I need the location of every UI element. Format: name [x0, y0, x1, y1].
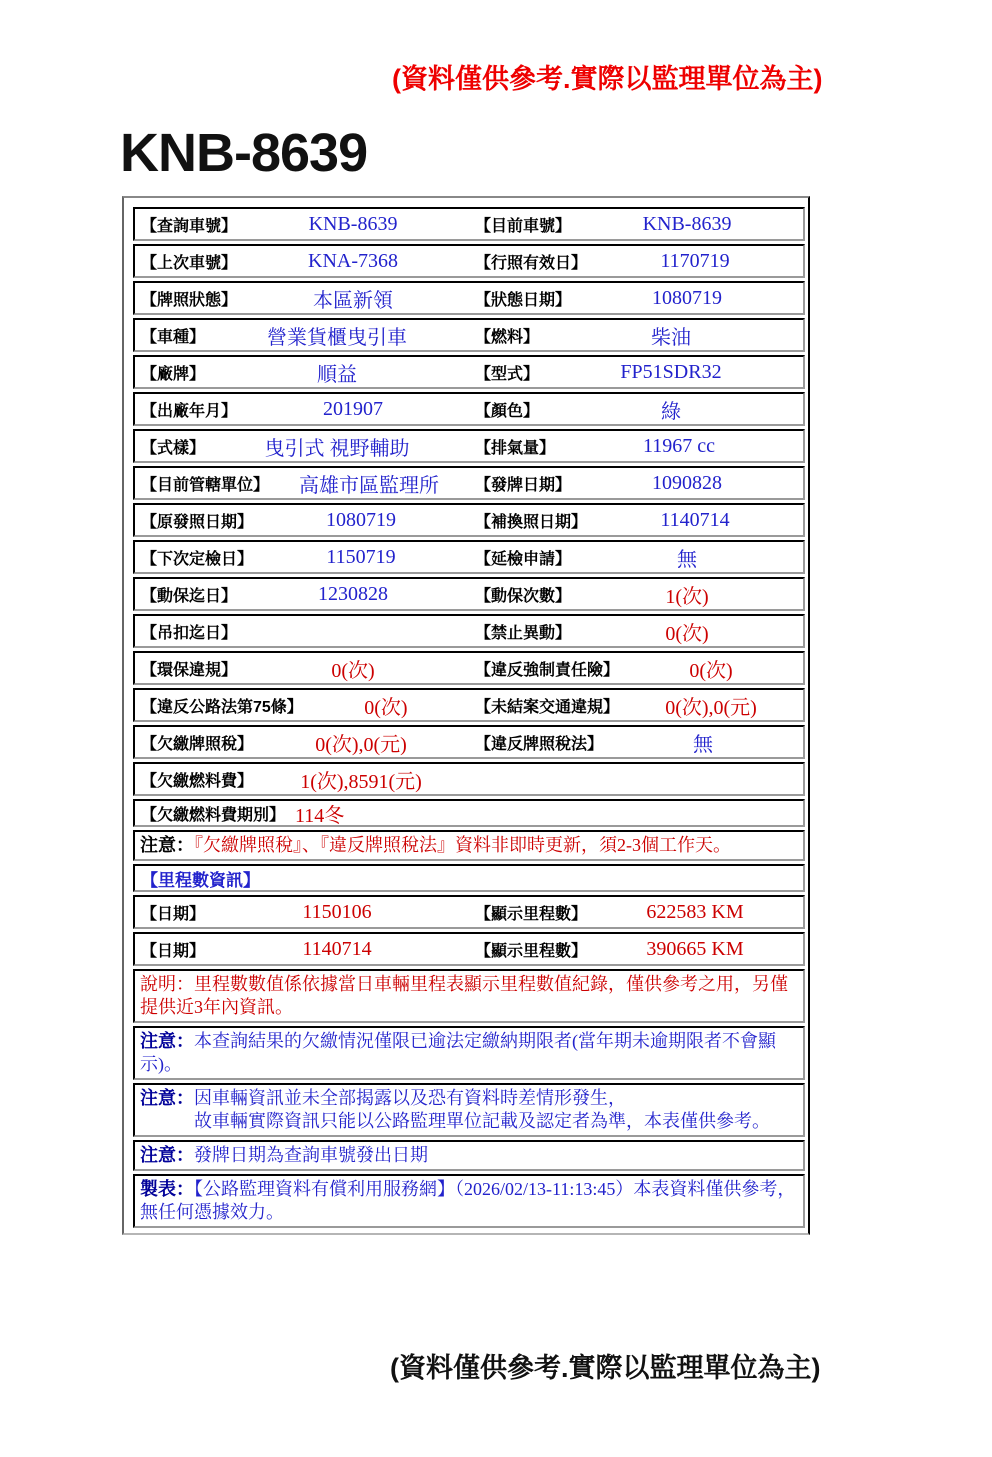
- maker-label: 製表：: [140, 1179, 194, 1199]
- field-value: 順益: [205, 358, 469, 387]
- field-value: 622583 KM: [587, 901, 803, 924]
- table-row-fuel-period: 【欠繳燃料費期別】 114冬: [133, 799, 805, 827]
- field-value: 1080719: [571, 287, 803, 310]
- notice-text: 因車輛資訊並未全部揭露以及恐有資料時差情形發生， 故車輛實際資訊只能以公路監理單…: [194, 1087, 770, 1133]
- table-row: 【吊扣迄日】 【禁止異動】0(次): [133, 614, 805, 648]
- field-value: 無: [571, 543, 803, 572]
- field-label: 【欠繳燃料費期別】: [135, 802, 285, 825]
- field-label: 【違反公路法第75條】: [135, 694, 303, 717]
- field-value: 1090828: [571, 472, 803, 495]
- field-label: 【動保次數】: [469, 583, 571, 606]
- maker-text: 【公路監理資料有償利用服務網】（2026/02/13-11:13:45）本表資料…: [140, 1179, 795, 1222]
- field-label: 【上次車號】: [135, 250, 237, 273]
- notice-label: 注意：: [140, 1031, 194, 1051]
- notice-tax-update: 注意：『欠繳牌照稅』、『違反牌照稅法』資料非即時更新，須2-3個工作天。: [133, 830, 805, 861]
- field-value: KNA-7368: [237, 250, 469, 273]
- notice-text: 發牌日期為查詢車號發出日期: [194, 1145, 428, 1165]
- field-label: 【排氣量】: [469, 435, 555, 458]
- table-row: 【目前管轄單位】高雄市區監理所 【發牌日期】1090828: [133, 466, 805, 500]
- maker-footer: 製表：【公路監理資料有償利用服務網】（2026/02/13-11:13:45）本…: [133, 1174, 805, 1228]
- field-value: KNB-8639: [237, 213, 469, 236]
- field-value: 1230828: [237, 583, 469, 606]
- table-row: 【廠牌】順益 【型式】FP51SDR32: [133, 355, 805, 389]
- vehicle-info-table: 【查詢車號】KNB-8639 【目前車號】KNB-8639 【上次車號】KNA-…: [122, 196, 810, 1235]
- field-value: 無: [603, 728, 803, 757]
- page-title-plate-number: KNB-8639: [120, 122, 992, 184]
- note-text: 說明：里程數數值係依據當日車輛里程表顯示里程數值紀錄，僅供參考之用，另僅提供近3…: [140, 974, 788, 1017]
- field-label: 【出廠年月】: [135, 398, 237, 421]
- field-label: 【原發照日期】: [135, 509, 253, 532]
- field-label: 【顏色】: [469, 398, 539, 421]
- field-value: 曳引式 視野輔助: [205, 432, 469, 461]
- mileage-row: 【日期】1140714 【顯示里程數】390665 KM: [133, 932, 805, 966]
- field-label: 【下次定檢日】: [135, 546, 253, 569]
- field-value: 0(次): [237, 654, 469, 683]
- field-value: 0(次),0(元): [253, 728, 469, 757]
- field-label: 【發牌日期】: [469, 472, 571, 495]
- field-value: 1170719: [587, 250, 803, 273]
- table-row: 【動保迄日】1230828 【動保次數】1(次): [133, 577, 805, 611]
- field-value: 1(次): [571, 580, 803, 609]
- field-label: 【目前車號】: [469, 213, 571, 236]
- field-value: 柴油: [539, 321, 803, 350]
- field-label: 【顯示里程數】: [469, 901, 587, 924]
- table-row: 【原發照日期】1080719 【補換照日期】1140714: [133, 503, 805, 537]
- field-label: 【目前管轄單位】: [135, 472, 269, 495]
- field-value: FP51SDR32: [539, 361, 803, 384]
- field-label: 【未結案交通違規】: [469, 694, 619, 717]
- field-label: 【廠牌】: [135, 361, 205, 384]
- field-value: 0(次),0(元): [619, 691, 803, 720]
- notice-text: 本查詢結果的欠繳情況僅限已逾法定繳納期限者(當年期未逾期限者不會顯示)。: [140, 1031, 776, 1074]
- field-label: 【延檢申請】: [469, 546, 571, 569]
- field-value: KNB-8639: [571, 213, 803, 236]
- table-row: 【違反公路法第75條】0(次) 【未結案交通違規】0(次),0(元): [133, 688, 805, 722]
- field-label: 【動保迄日】: [135, 583, 237, 606]
- notice-label: 注意：: [140, 1145, 194, 1165]
- notice-line: 故車輛實際資訊只能以公路監理單位記載及認定者為準，本表僅供參考。: [194, 1110, 770, 1133]
- table-row: 【欠繳燃料費】1(次),8591(元): [133, 762, 805, 796]
- field-value: 114冬: [295, 799, 344, 828]
- notice-label: 注意：: [140, 1087, 194, 1133]
- notice-timelag: 注意： 因車輛資訊並未全部揭露以及恐有資料時差情形發生， 故車輛實際資訊只能以公…: [133, 1083, 805, 1137]
- table-row: 【欠繳牌照稅】0(次),0(元) 【違反牌照稅法】無: [133, 725, 805, 759]
- field-label: 【環保違規】: [135, 657, 237, 680]
- field-label: 【車種】: [135, 324, 205, 347]
- field-value: 高雄市區監理所: [269, 469, 469, 498]
- field-value: 1(次),8591(元): [253, 765, 469, 794]
- mileage-section-header: 【里程數資訊】: [133, 864, 805, 892]
- field-value: 1150719: [253, 546, 469, 569]
- mileage-row: 【日期】1150106 【顯示里程數】622583 KM: [133, 895, 805, 929]
- field-value: 201907: [237, 398, 469, 421]
- field-value: 綠: [539, 395, 803, 424]
- field-label: 【違反強制責任險】: [469, 657, 619, 680]
- field-label: 【型式】: [469, 361, 539, 384]
- notice-line: 因車輛資訊並未全部揭露以及恐有資料時差情形發生，: [194, 1087, 770, 1110]
- field-label: 【燃料】: [469, 324, 539, 347]
- field-label: 【禁止異動】: [469, 620, 571, 643]
- field-label: 【欠繳燃料費】: [135, 768, 253, 791]
- field-value: 1150106: [205, 901, 469, 924]
- bottom-spacer: [0, 1385, 992, 1457]
- top-disclaimer: (資料僅供參考.實際以監理單位為主): [0, 62, 992, 96]
- field-label: 【狀態日期】: [469, 287, 571, 310]
- notice-overdue: 注意：本查詢結果的欠繳情況僅限已逾法定繳納期限者(當年期未逾期限者不會顯示)。: [133, 1026, 805, 1080]
- field-value: 0(次): [619, 654, 803, 683]
- table-row: 【牌照狀態】本區新領 【狀態日期】1080719: [133, 281, 805, 315]
- field-value: 1140714: [587, 509, 803, 532]
- notice-label: 注意：: [140, 835, 194, 855]
- field-value: 11967 cc: [555, 435, 803, 458]
- field-label: 【行照有效日】: [469, 250, 587, 273]
- mileage-note: 說明：里程數數值係依據當日車輛里程表顯示里程數值紀錄，僅供參考之用，另僅提供近3…: [133, 969, 805, 1023]
- field-label: 【牌照狀態】: [135, 287, 237, 310]
- field-label: 【欠繳牌照稅】: [135, 731, 253, 754]
- field-label: 【吊扣迄日】: [135, 620, 237, 643]
- notice-text: 『欠繳牌照稅』、『違反牌照稅法』資料非即時更新，須2-3個工作天。: [194, 835, 731, 855]
- field-value: 0(次): [571, 617, 803, 646]
- table-row: 【出廠年月】201907 【顏色】綠: [133, 392, 805, 426]
- field-label: 【日期】: [135, 938, 205, 961]
- table-row: 【式樣】曳引式 視野輔助 【排氣量】11967 cc: [133, 429, 805, 463]
- table-row: 【上次車號】KNA-7368 【行照有效日】1170719: [133, 244, 805, 278]
- field-label: 【查詢車號】: [135, 213, 237, 236]
- field-label: 【式樣】: [135, 435, 205, 458]
- table-row: 【車種】營業貨櫃曳引車 【燃料】柴油: [133, 318, 805, 352]
- field-value: 1080719: [253, 509, 469, 532]
- field-value: 390665 KM: [587, 938, 803, 961]
- table-row: 【查詢車號】KNB-8639 【目前車號】KNB-8639: [133, 207, 805, 241]
- table-row: 【下次定檢日】1150719 【延檢申請】無: [133, 540, 805, 574]
- section-title: 【里程數資訊】: [135, 866, 260, 891]
- field-label: 【日期】: [135, 901, 205, 924]
- table-row: 【環保違規】0(次) 【違反強制責任險】0(次): [133, 651, 805, 685]
- field-value: 本區新領: [237, 284, 469, 313]
- field-value: 營業貨櫃曳引車: [205, 321, 469, 350]
- field-value: 0(次): [303, 691, 469, 720]
- field-label: 【違反牌照稅法】: [469, 731, 603, 754]
- field-label: 【顯示里程數】: [469, 938, 587, 961]
- field-value: 1140714: [205, 938, 469, 961]
- notice-plate-date: 注意：發牌日期為查詢車號發出日期: [133, 1140, 805, 1171]
- bottom-disclaimer: (資料僅供參考.實際以監理單位為主): [0, 1351, 992, 1385]
- field-label: 【補換照日期】: [469, 509, 587, 532]
